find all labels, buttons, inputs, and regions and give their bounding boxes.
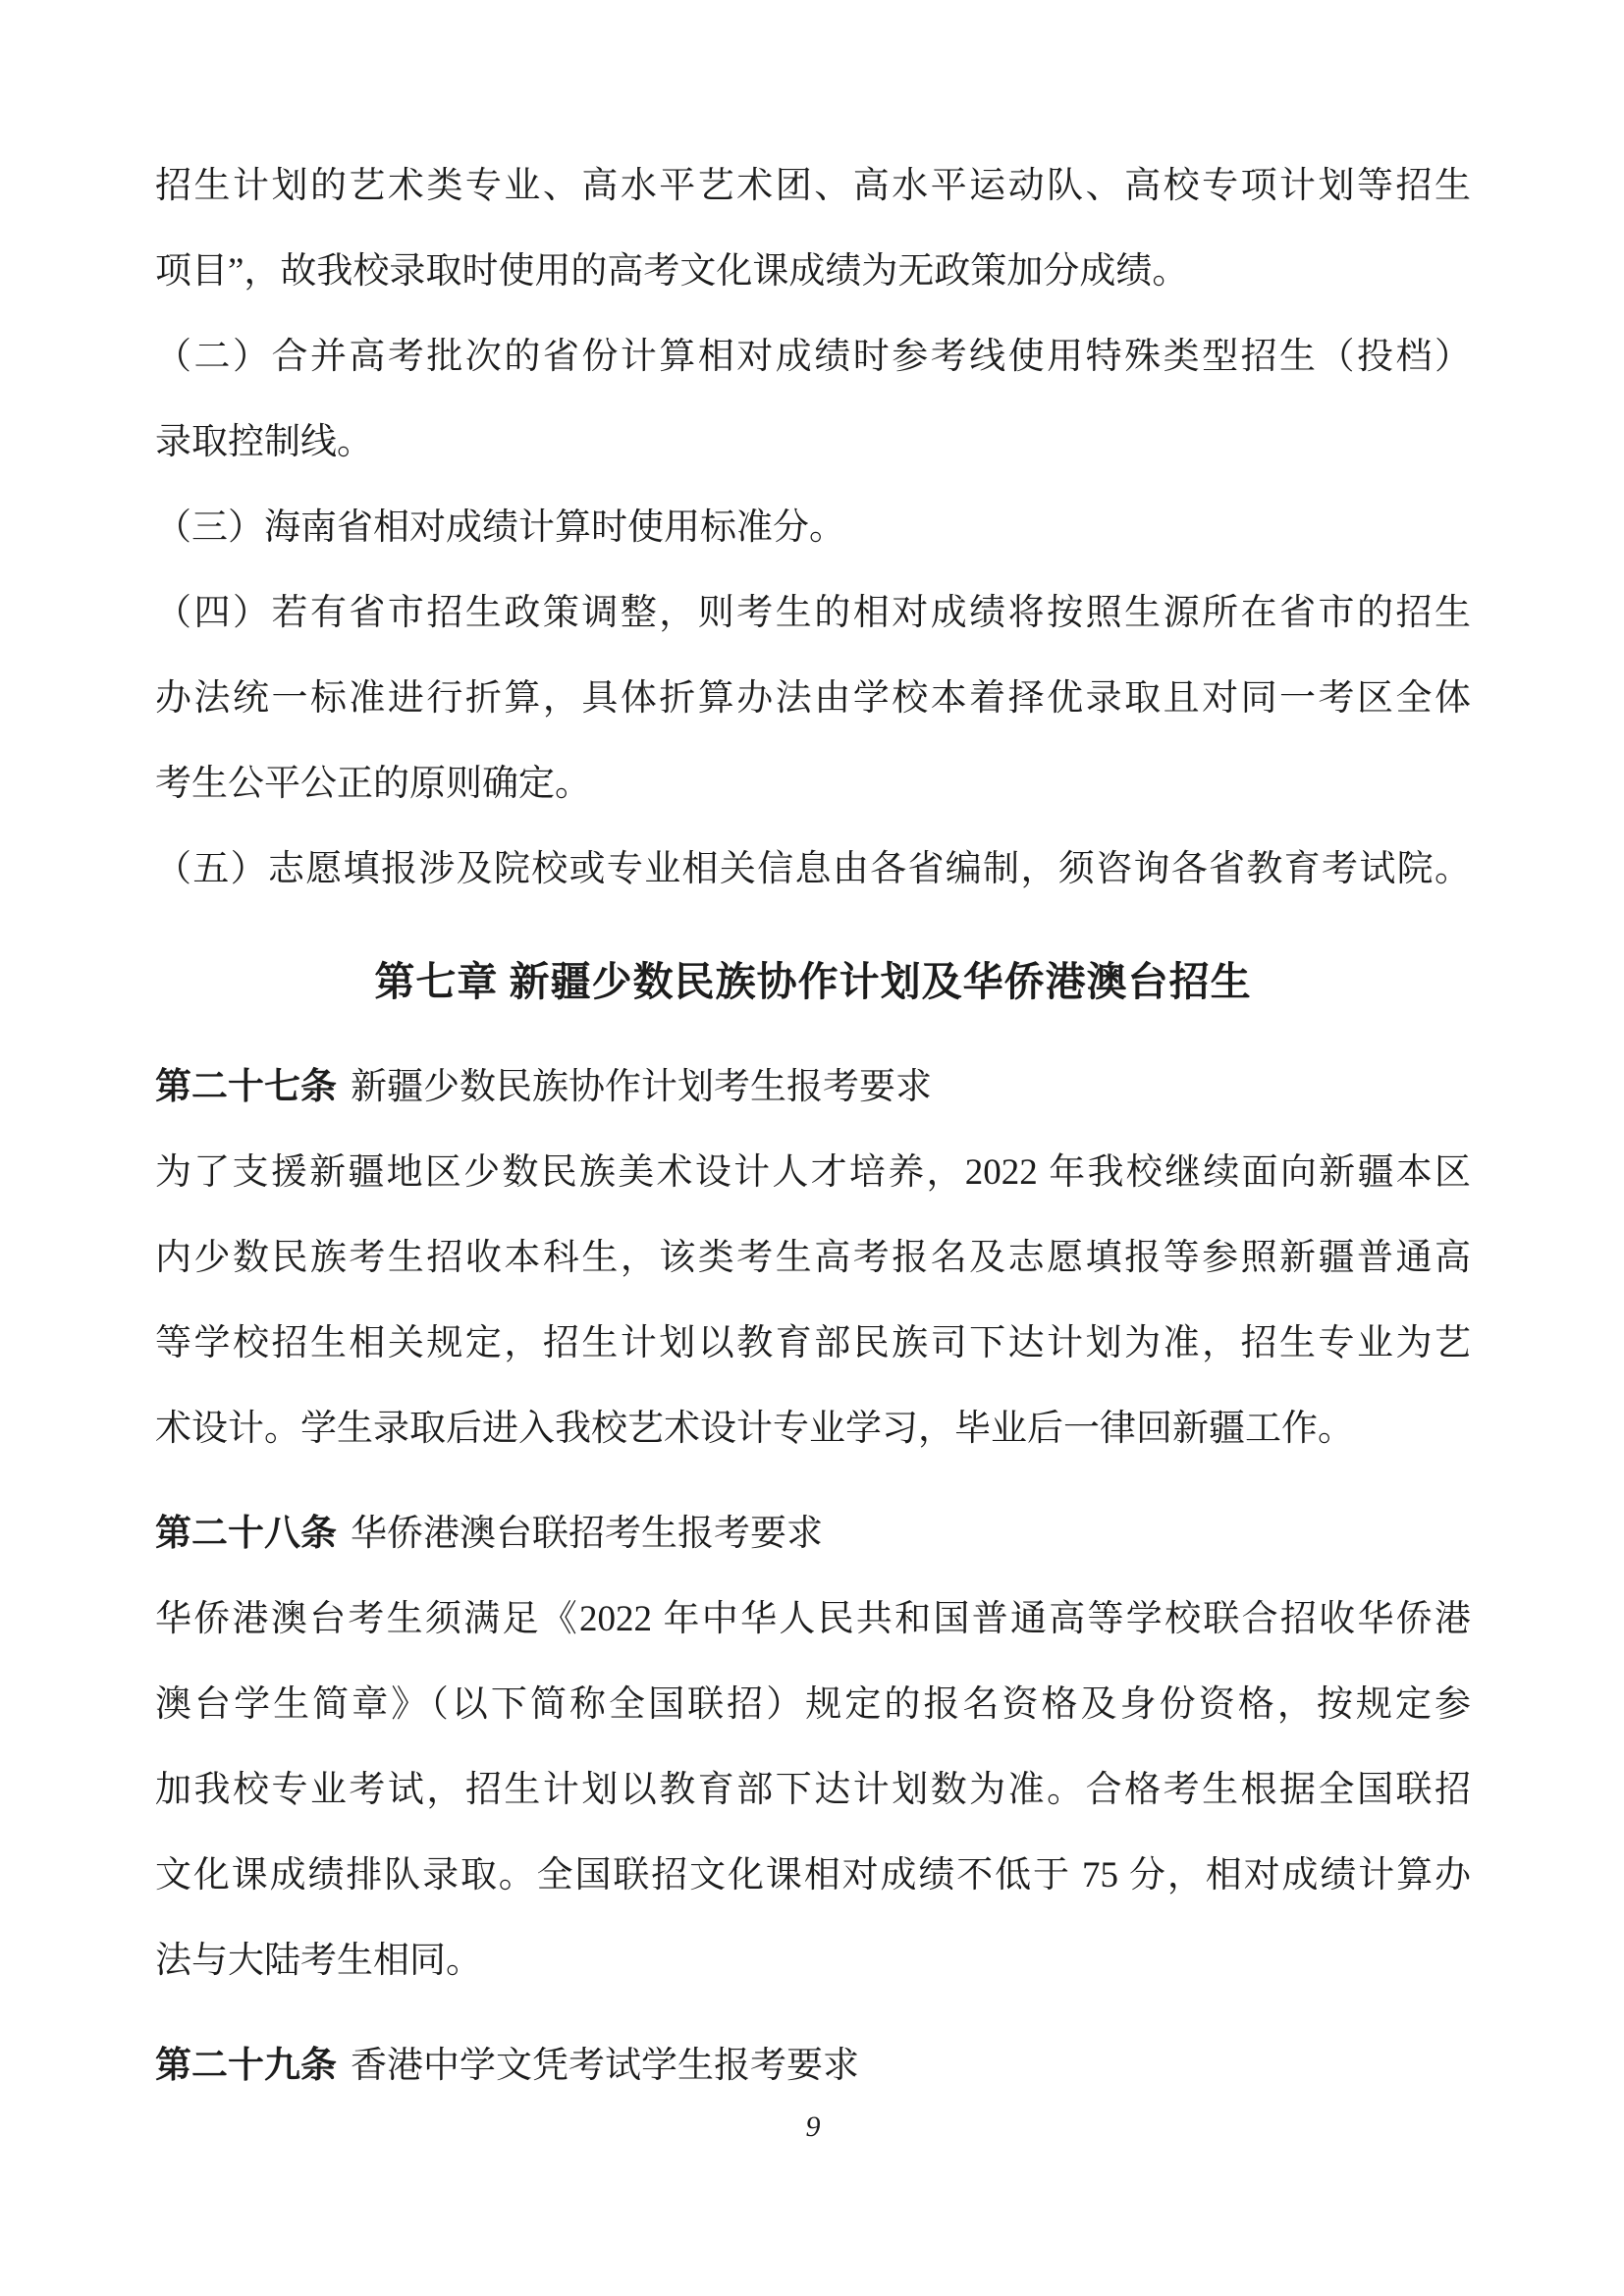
article-number: 第二十七条 xyxy=(155,1067,337,1107)
paragraph-item2: （二）合并高考批次的省份计算相对成绩时参考线使用特殊类型招生（投档） 录取控制线… xyxy=(155,314,1471,485)
page-number: 9 xyxy=(155,2110,1471,2144)
paragraph-line: （三）海南省相对成绩计算时使用标准分。 xyxy=(155,485,1471,570)
article-29-heading: 第二十九条香港中学文凭考试学生报考要求 xyxy=(155,2023,1471,2109)
paragraph-item3: （三）海南省相对成绩计算时使用标准分。 xyxy=(155,485,1471,570)
paragraph-line: 考生公平公正的原则确定。 xyxy=(155,741,1471,827)
paragraph-line: 等学校招生相关规定，招生计划以教育部民族司下达计划为准，招生专业为艺 xyxy=(155,1301,1471,1386)
article-27-body: 为了支援新疆地区少数民族美术设计人才培养，2022 年我校继续面向新疆本区 内少… xyxy=(155,1130,1471,1471)
paragraph-line: 澳台学生简章》（以下简称全国联招）规定的报名资格及身份资格，按规定参 xyxy=(155,1662,1471,1747)
paragraph-line: （五）志愿填报涉及院校或专业相关信息由各省编制，须咨询各省教育考试院。 xyxy=(155,827,1471,912)
paragraph-line: 招生计划的艺术类专业、高水平艺术团、高水平运动队、高校专项计划等招生 xyxy=(155,143,1471,229)
article-27-heading: 第二十七条新疆少数民族协作计划考生报考要求 xyxy=(155,1044,1471,1130)
paragraph-line: 华侨港澳台考生须满足《2022 年中华人民共和国普通高等学校联合招收华侨港 xyxy=(155,1576,1471,1662)
paragraph-item4: （四）若有省市招生政策调整，则考生的相对成绩将按照生源所在省市的招生 办法统一标… xyxy=(155,570,1471,827)
paragraph-line: 办法统一标准进行折算，具体折算办法由学校本着择优录取且对同一考区全体 xyxy=(155,656,1471,741)
paragraph-line: 项目”，故我校录取时使用的高考文化课成绩为无政策加分成绩。 xyxy=(155,229,1471,314)
article-28-heading: 第二十八条华侨港澳台联招考生报考要求 xyxy=(155,1491,1471,1576)
article-title: 香港中学文凭考试学生报考要求 xyxy=(351,2046,859,2086)
article-title: 新疆少数民族协作计划考生报考要求 xyxy=(351,1067,932,1107)
article-title: 华侨港澳台联招考生报考要求 xyxy=(351,1514,823,1554)
paragraph-line: 法与大陆考生相同。 xyxy=(155,1918,1471,2003)
paragraph-line: （二）合并高考批次的省份计算相对成绩时参考线使用特殊类型招生（投档） xyxy=(155,314,1471,400)
document-page: 招生计划的艺术类专业、高水平艺术团、高水平运动队、高校专项计划等招生 项目”，故… xyxy=(0,0,1624,2144)
paragraph-line: 术设计。学生录取后进入我校艺术设计专业学习，毕业后一律回新疆工作。 xyxy=(155,1386,1471,1471)
article-number: 第二十九条 xyxy=(155,2046,337,2086)
paragraph-line: 文化课成绩排队录取。全国联招文化课相对成绩不低于 75 分，相对成绩计算办 xyxy=(155,1833,1471,1918)
article-number: 第二十八条 xyxy=(155,1514,337,1554)
paragraph-line: 为了支援新疆地区少数民族美术设计人才培养，2022 年我校继续面向新疆本区 xyxy=(155,1130,1471,1215)
paragraph-line: 录取控制线。 xyxy=(155,400,1471,485)
paragraph-item5: （五）志愿填报涉及院校或专业相关信息由各省编制，须咨询各省教育考试院。 xyxy=(155,827,1471,912)
paragraph-line: （四）若有省市招生政策调整，则考生的相对成绩将按照生源所在省市的招生 xyxy=(155,570,1471,656)
paragraph-item1: 招生计划的艺术类专业、高水平艺术团、高水平运动队、高校专项计划等招生 项目”，故… xyxy=(155,143,1471,314)
chapter-heading: 第七章 新疆少数民族协作计划及华侨港澳台招生 xyxy=(155,939,1471,1025)
paragraph-line: 内少数民族考生招收本科生，该类考生高考报名及志愿填报等参照新疆普通高 xyxy=(155,1215,1471,1301)
article-28-body: 华侨港澳台考生须满足《2022 年中华人民共和国普通高等学校联合招收华侨港 澳台… xyxy=(155,1576,1471,2003)
paragraph-line: 加我校专业考试，招生计划以教育部下达计划数为准。合格考生根据全国联招 xyxy=(155,1747,1471,1833)
